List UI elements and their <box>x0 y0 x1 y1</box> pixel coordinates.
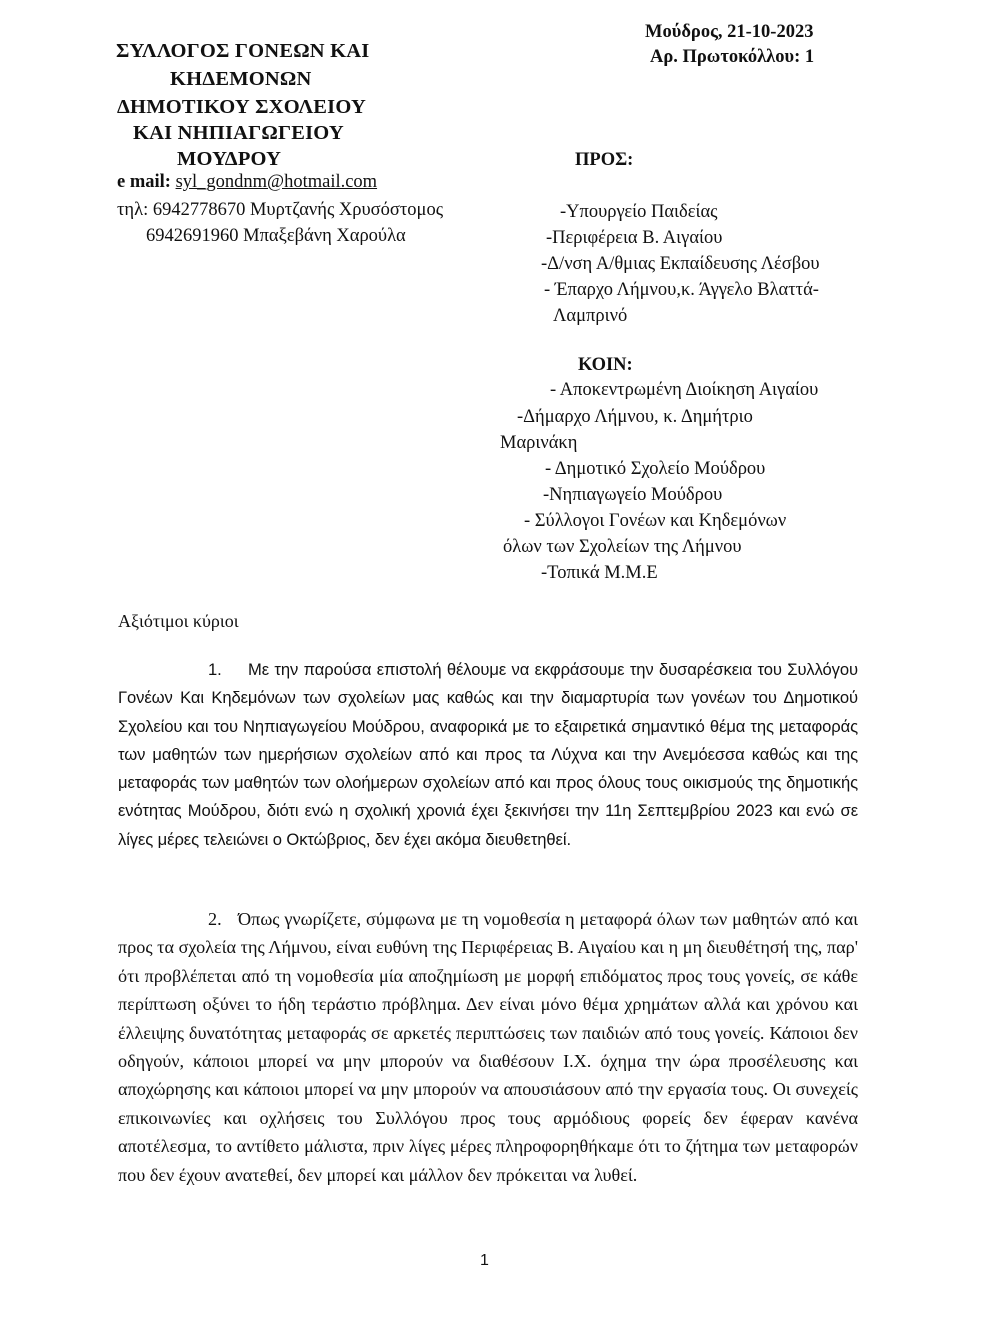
email-label: e mail: <box>117 172 171 192</box>
sender-name-line-5: ΜΟΥΔΡΟΥ <box>177 148 281 171</box>
cc-item: Μαρινάκη <box>500 433 577 454</box>
sender-name-line-1: ΣΥΛΛΟΓΟΣ ΓΟΝΕΩΝ ΚΑΙ <box>116 40 369 63</box>
cc-heading: ΚΟΙΝ: <box>578 355 633 376</box>
to-item: - Έπαρχο Λήμνου,κ. Άγγελο Βλαττά- <box>544 280 819 301</box>
phone-row-2: 6942691960 Μπαξεβάνη Χαρούλα <box>146 226 406 247</box>
body-paragraph-1: 1.Με την παρούσα επιστολή θέλουμε να εκφ… <box>118 656 858 854</box>
salutation: Αξιότιμοι κύριοι <box>118 611 239 632</box>
cc-item: -Νηπιαγωγείο Μούδρου <box>543 485 722 506</box>
to-item: -Περιφέρεια Β. Αιγαίου <box>546 228 722 249</box>
place-date: Μούδρος, 21-10-2023 <box>645 22 813 43</box>
cc-item: όλων των Σχολείων της Λήμνου <box>503 537 742 558</box>
paragraph-number: 1. <box>118 656 248 684</box>
to-item: -Υπουργείο Παιδείας <box>560 202 718 223</box>
cc-item: - Σύλλογοι Γονέων και Κηδεμόνων <box>524 511 786 532</box>
cc-item: -Τοπικά Μ.Μ.Ε <box>541 563 658 584</box>
email-row: e mail: syl_gondnm@hotmail.com <box>117 172 377 193</box>
phone-1: 6942778670 Μυρτζανής Χρυσόστομος <box>153 200 443 220</box>
paragraph-number: 2. <box>118 905 238 933</box>
body-paragraph-2: 2.Όπως γνωρίζετε, σύμφωνα με τη νομοθεσί… <box>118 905 858 1189</box>
sender-name-line-3: ΔΗΜΟΤΙΚΟΥ ΣΧΟΛΕΙΟΥ <box>117 96 366 119</box>
paragraph-text: Όπως γνωρίζετε, σύμφωνα με τη νομοθεσία … <box>118 909 858 1185</box>
protocol-number: Αρ. Πρωτοκόλλου: 1 <box>650 47 814 68</box>
sender-name-line-2: ΚΗΔΕΜΟΝΩΝ <box>170 68 312 91</box>
email-link[interactable]: syl_gondnm@hotmail.com <box>176 172 378 192</box>
phone-row-1: τηλ: 6942778670 Μυρτζανής Χρυσόστομος <box>117 200 443 221</box>
phone-2: 6942691960 Μπαξεβάνη Χαρούλα <box>146 226 406 246</box>
cc-item: - Δημοτικό Σχολείο Μούδρου <box>545 459 765 480</box>
to-item: -Δ/νση Α/θμιας Εκπαίδευσης Λέσβου <box>541 254 820 275</box>
phone-label: τηλ: <box>117 200 148 220</box>
sender-name-line-4: ΚΑΙ ΝΗΠΙΑΓΩΓΕΙΟΥ <box>133 122 344 145</box>
to-heading: ΠΡΟΣ: <box>575 150 633 171</box>
page-number: 1 <box>480 1252 489 1270</box>
cc-item: -Δήμαρχο Λήμνου, κ. Δημήτριο <box>517 407 753 428</box>
cc-item: - Αποκεντρωμένη Διοίκηση Αιγαίου <box>550 380 818 401</box>
to-item: Λαμπρινό <box>553 306 627 327</box>
paragraph-text: Με την παρούσα επιστολή θέλουμε να εκφρά… <box>118 660 858 849</box>
